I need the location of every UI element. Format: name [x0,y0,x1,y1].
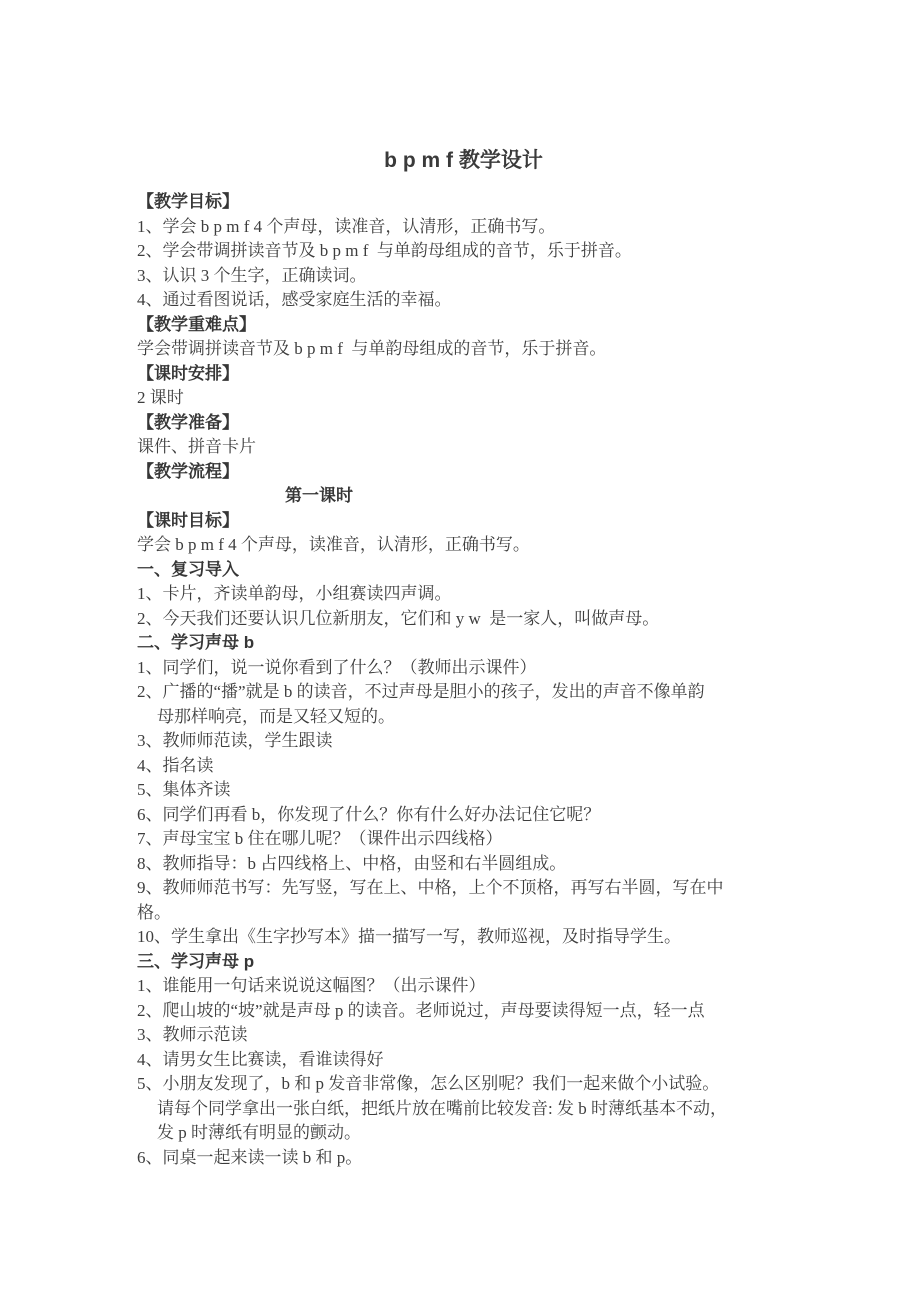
text-line: 5、小朋友发现了，b 和 p 发音非常像，怎么区别呢？我们一起来做个小试验。 [137,1072,790,1097]
text-line: 【教学准备】 [137,411,790,436]
text-line: 1、同学们，说一说你看到了什么？（教师出示课件） [137,656,790,681]
text-line: 5、集体齐读 [137,778,790,803]
text-line: 母那样响亮，而是又轻又短的。 [157,705,790,730]
text-line: 2 课时 [137,386,790,411]
text-line: 3、教师示范读 [137,1023,790,1048]
document-page: b p m f 教学设计 【教学目标】1、学会 b p m f 4 个声母，读准… [0,0,920,1302]
text-line: 3、认识 3 个生字，正确读词。 [137,264,790,289]
text-line: 请每个同学拿出一张白纸，把纸片放在嘴前比较发音: 发 b 时薄纸基本不动， [157,1097,790,1122]
text-line: 7、声母宝宝 b 住在哪儿呢？（课件出示四线格） [137,827,790,852]
text-line: 4、通过看图说话，感受家庭生活的幸福。 [137,288,790,313]
text-line: 8、教师指导：b 占四线格上、中格，由竖和右半圆组成。 [137,852,790,877]
text-line: 2、爬山坡的“坡”就是声母 p 的读音。老师说过，声母要读得短一点，轻一点 [137,999,790,1024]
text-line: 【课时目标】 [137,509,790,534]
text-line: 1、学会 b p m f 4 个声母，读准音，认清形，正确书写。 [137,215,790,240]
document-title: b p m f 教学设计 [137,146,790,176]
text-line: 学会带调拼读音节及 b p m f 与单韵母组成的音节，乐于拼音。 [137,337,790,362]
text-line: 【教学目标】 [137,190,790,215]
text-line: 4、请男女生比赛读，看谁读得好 [137,1048,790,1073]
text-line: 9、教师师范书写：先写竖，写在上、中格，上个不顶格，再写右半圆，写在中 [137,876,790,901]
text-line: 1、谁能用一句话来说说这幅图？（出示课件） [137,974,790,999]
text-line: 发 p 时薄纸有明显的颤动。 [157,1121,790,1146]
text-line: 课件、拼音卡片 [137,435,790,460]
text-line: 三、学习声母 p [137,950,790,975]
text-line: 4、指名读 [137,754,790,779]
text-line: 1、卡片，齐读单韵母，小组赛读四声调。 [137,582,790,607]
text-line: 【课时安排】 [137,362,790,387]
document-body: 【教学目标】1、学会 b p m f 4 个声母，读准音，认清形，正确书写。2、… [137,190,790,1170]
text-line: 【教学重难点】 [137,313,790,338]
text-line: 3、教师师范读，学生跟读 [137,729,790,754]
text-line: 二、学习声母 b [137,631,790,656]
text-line: 第一课时 [285,484,790,509]
text-line: 一、复习导入 [137,558,790,583]
text-line: 【教学流程】 [137,460,790,485]
text-line: 6、同桌一起来读一读 b 和 p。 [137,1146,790,1171]
text-line: 10、学生拿出《生字抄写本》描一描写一写，教师巡视，及时指导学生。 [137,925,790,950]
text-line: 学会 b p m f 4 个声母，读准音，认清形，正确书写。 [137,533,790,558]
text-line: 2、学会带调拼读音节及 b p m f 与单韵母组成的音节，乐于拼音。 [137,239,790,264]
text-line: 6、同学们再看 b，你发现了什么？你有什么好办法记住它呢？ [137,803,790,828]
text-line: 2、今天我们还要认识几位新朋友，它们和 y w 是一家人，叫做声母。 [137,607,790,632]
text-line: 2、广播的“播”就是 b 的读音，不过声母是胆小的孩子，发出的声音不像单韵 [137,680,790,705]
text-line: 格。 [137,901,790,926]
